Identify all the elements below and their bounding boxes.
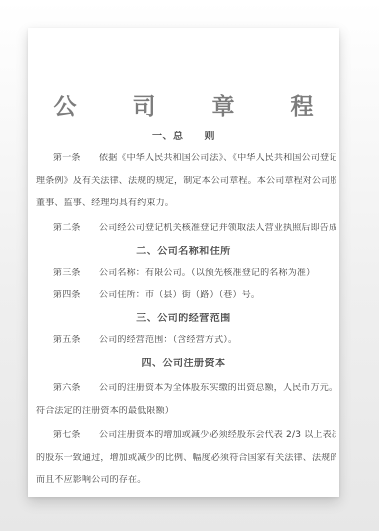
article-1-line-2: 理条例》及有关法律、法规的规定，制定本公司章程。本公司章程对公司股东、 [36, 176, 336, 187]
article-2-line-1: 第二条 公司经公司登记机关核准登记并领取法人营业执照后即告成立。 [36, 223, 336, 234]
article-3-line-1: 第三条 公司名称：有限公司。（以预先核准登记的名称为准） [36, 268, 336, 279]
article-7-line-3: 而且不应影响公司的存在。 [36, 475, 336, 486]
section-heading-scope: 三、公司的经营范围 [28, 313, 339, 324]
document-page: 公 司 章 程 一、总 则 第一条 依据《中华人民共和国公司法》、《中华人民共和… [28, 28, 339, 497]
article-1-line-3: 董事、监事、经理均具有约束力。 [36, 198, 336, 209]
section-heading-name-address: 二、公司名称和住所 [28, 246, 339, 257]
article-1-line-1: 第一条 依据《中华人民共和国公司法》、《中华人民共和国公司登记管 [36, 153, 336, 164]
section-heading-capital: 四、公司注册资本 [28, 358, 339, 369]
article-4-line-1: 第四条 公司住所：市（县）街（路）（巷）号。 [36, 290, 336, 301]
document-title: 公 司 章 程 [28, 88, 339, 121]
article-6-line-1: 第六条 公司的注册资本为全体股东实缴的出资总额，人民币万元。（需 [36, 383, 336, 394]
article-7-line-1: 第七条 公司注册资本的增加或减少必须经股东会代表 2/3 以上表决权 [36, 430, 336, 441]
article-5-line-1: 第五条 公司的经营范围：（含经营方式）。 [36, 335, 336, 346]
section-heading-general: 一、总 则 [28, 131, 339, 142]
document-preview-canvas: 公 司 章 程 一、总 则 第一条 依据《中华人民共和国公司法》、《中华人民共和… [0, 0, 379, 531]
article-7-line-2: 的股东一致通过，增加或减少的比例、幅度必须符合国家有关法律、法规的规定， [36, 453, 336, 464]
article-6-line-2: 符合法定的注册资本的最低限额） [36, 406, 336, 417]
